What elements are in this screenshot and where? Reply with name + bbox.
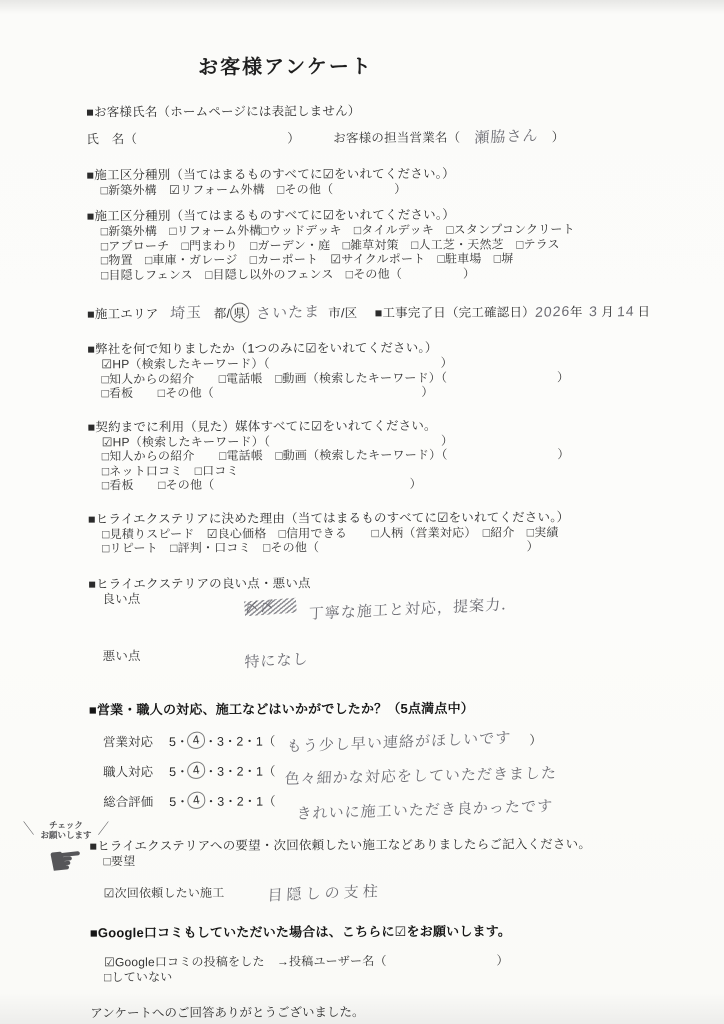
prefecture-circled-mark: 県 xyxy=(230,303,249,323)
name-field-blank xyxy=(137,131,287,146)
rating-label: 総合評価 xyxy=(103,792,169,810)
bad-point-handwritten: 特になし xyxy=(244,652,309,670)
sales-rep-handwritten-value: 瀬脇さん xyxy=(474,129,539,146)
media-used-checkbox-row: □看板 □その他（ ） xyxy=(102,476,694,493)
bad-point-label: 悪い点 xyxy=(103,649,141,663)
page-title: お客様アンケート xyxy=(198,49,692,80)
date-month-handwritten: 3 xyxy=(589,303,599,319)
name-field-label: 氏 名（ xyxy=(86,132,137,146)
google-review-heading: ■Google口コミもしていただいた場合は、こちらに☑をお願いします。 xyxy=(90,920,696,942)
how-found-checkbox-row: □看板 □その他（ ） xyxy=(101,384,693,401)
check-request-stamp: ＼ ／ チェック お願いします ☛ xyxy=(24,820,108,882)
customer-name-line: 氏 名（ ） お客様の担当営業名（ 瀬脇さん ） xyxy=(86,130,692,147)
rating-row-sales: 営業対応 5・4・3・2・1（ もう少し早い連絡がほしいです ） xyxy=(103,730,695,763)
rating-comment-handwritten: きれいに施工いただき良かったです xyxy=(296,795,554,824)
work-category1-checkbox-row: □新築外構 ☑リフォーム外構 □その他（ ） xyxy=(101,180,693,197)
rating-row-craftsmen: 職人対応 5・4・3・2・1（ 色々細かな対応をしていただきました xyxy=(103,760,695,793)
stamp-slash-left: ＼ xyxy=(21,823,35,835)
area-city-handwritten: さいたま xyxy=(256,300,321,324)
scanned-survey-page: お客様アンケート ■お客様氏名（ホームページには表記しません） 氏 名（ ） お… xyxy=(0,0,724,1024)
date-year-handwritten: 2026 xyxy=(534,303,570,320)
thank-you-note: アンケートへのご回答ありがとうございました。 xyxy=(90,1001,696,1022)
work-category2-checkbox-row: □目隠しフェンス □目隠し以外のフェンス □その他（ ） xyxy=(101,265,693,282)
bad-point-line: 悪い点 特になし xyxy=(103,646,695,663)
next-work-line: ☑次回依頼したい施工 目隠しの支柱 xyxy=(104,883,696,900)
rating-row-overall: 総合評価 5・4・3・2・1（ きれいに施工いただき良かったです xyxy=(103,790,695,823)
next-work-handwritten: 目隠しの支柱 xyxy=(267,885,382,904)
rating-comment-handwritten: もう少し早い連絡がほしいです xyxy=(287,727,513,757)
decision-reason-checkbox-row: □リピート □評判・口コミ □その他（ ） xyxy=(102,539,694,556)
customer-name-heading: ■お客様氏名（ホームページには表記しません） xyxy=(86,100,692,121)
survey-content: お客様アンケート ■お客様氏名（ホームページには表記しません） 氏 名（ ） お… xyxy=(86,0,696,1021)
scribbled-out-text: 〆〆 xyxy=(244,598,297,616)
good-point-line: 良い点 〆〆 丁寧な施工と対応，提案力． xyxy=(102,589,694,615)
good-point-handwritten: 丁寧な施工と対応，提案力． xyxy=(309,597,518,621)
rating-comment-handwritten: 色々細かな対応をしていただきました xyxy=(284,762,558,789)
stamp-slash-right: ／ xyxy=(96,823,110,835)
area-and-date-line: ■施工エリア 埼玉 都/県 さいたま 市/区 ■工事完了日（完工確認日）2026… xyxy=(87,300,693,324)
date-day-handwritten: 14 xyxy=(617,303,635,320)
google-review-not-posted-row: □していない xyxy=(104,967,696,984)
rating-label: 職人対応 xyxy=(103,762,169,780)
ratings-heading: ■営業・職人の対応、施工などはいかがでしたか？（5点満点中） xyxy=(89,697,695,719)
sales-rep-label: お客様の担当営業名（ xyxy=(333,131,460,146)
good-point-label: 良い点 xyxy=(102,592,140,606)
next-work-checkbox-label: ☑次回依頼したい施工 xyxy=(104,885,225,900)
request-checkbox-row: □要望 xyxy=(103,852,695,869)
area-prefecture-handwritten: 埼玉 xyxy=(170,301,203,323)
area-label: ■施工エリア xyxy=(87,307,158,321)
rating-label: 営業対応 xyxy=(103,732,169,750)
pointing-hand-icon: ☛ xyxy=(22,836,110,887)
city-ward-label: 市/区 xyxy=(328,306,357,320)
completion-date-label: ■工事完了日（完工確認日） xyxy=(375,305,535,320)
